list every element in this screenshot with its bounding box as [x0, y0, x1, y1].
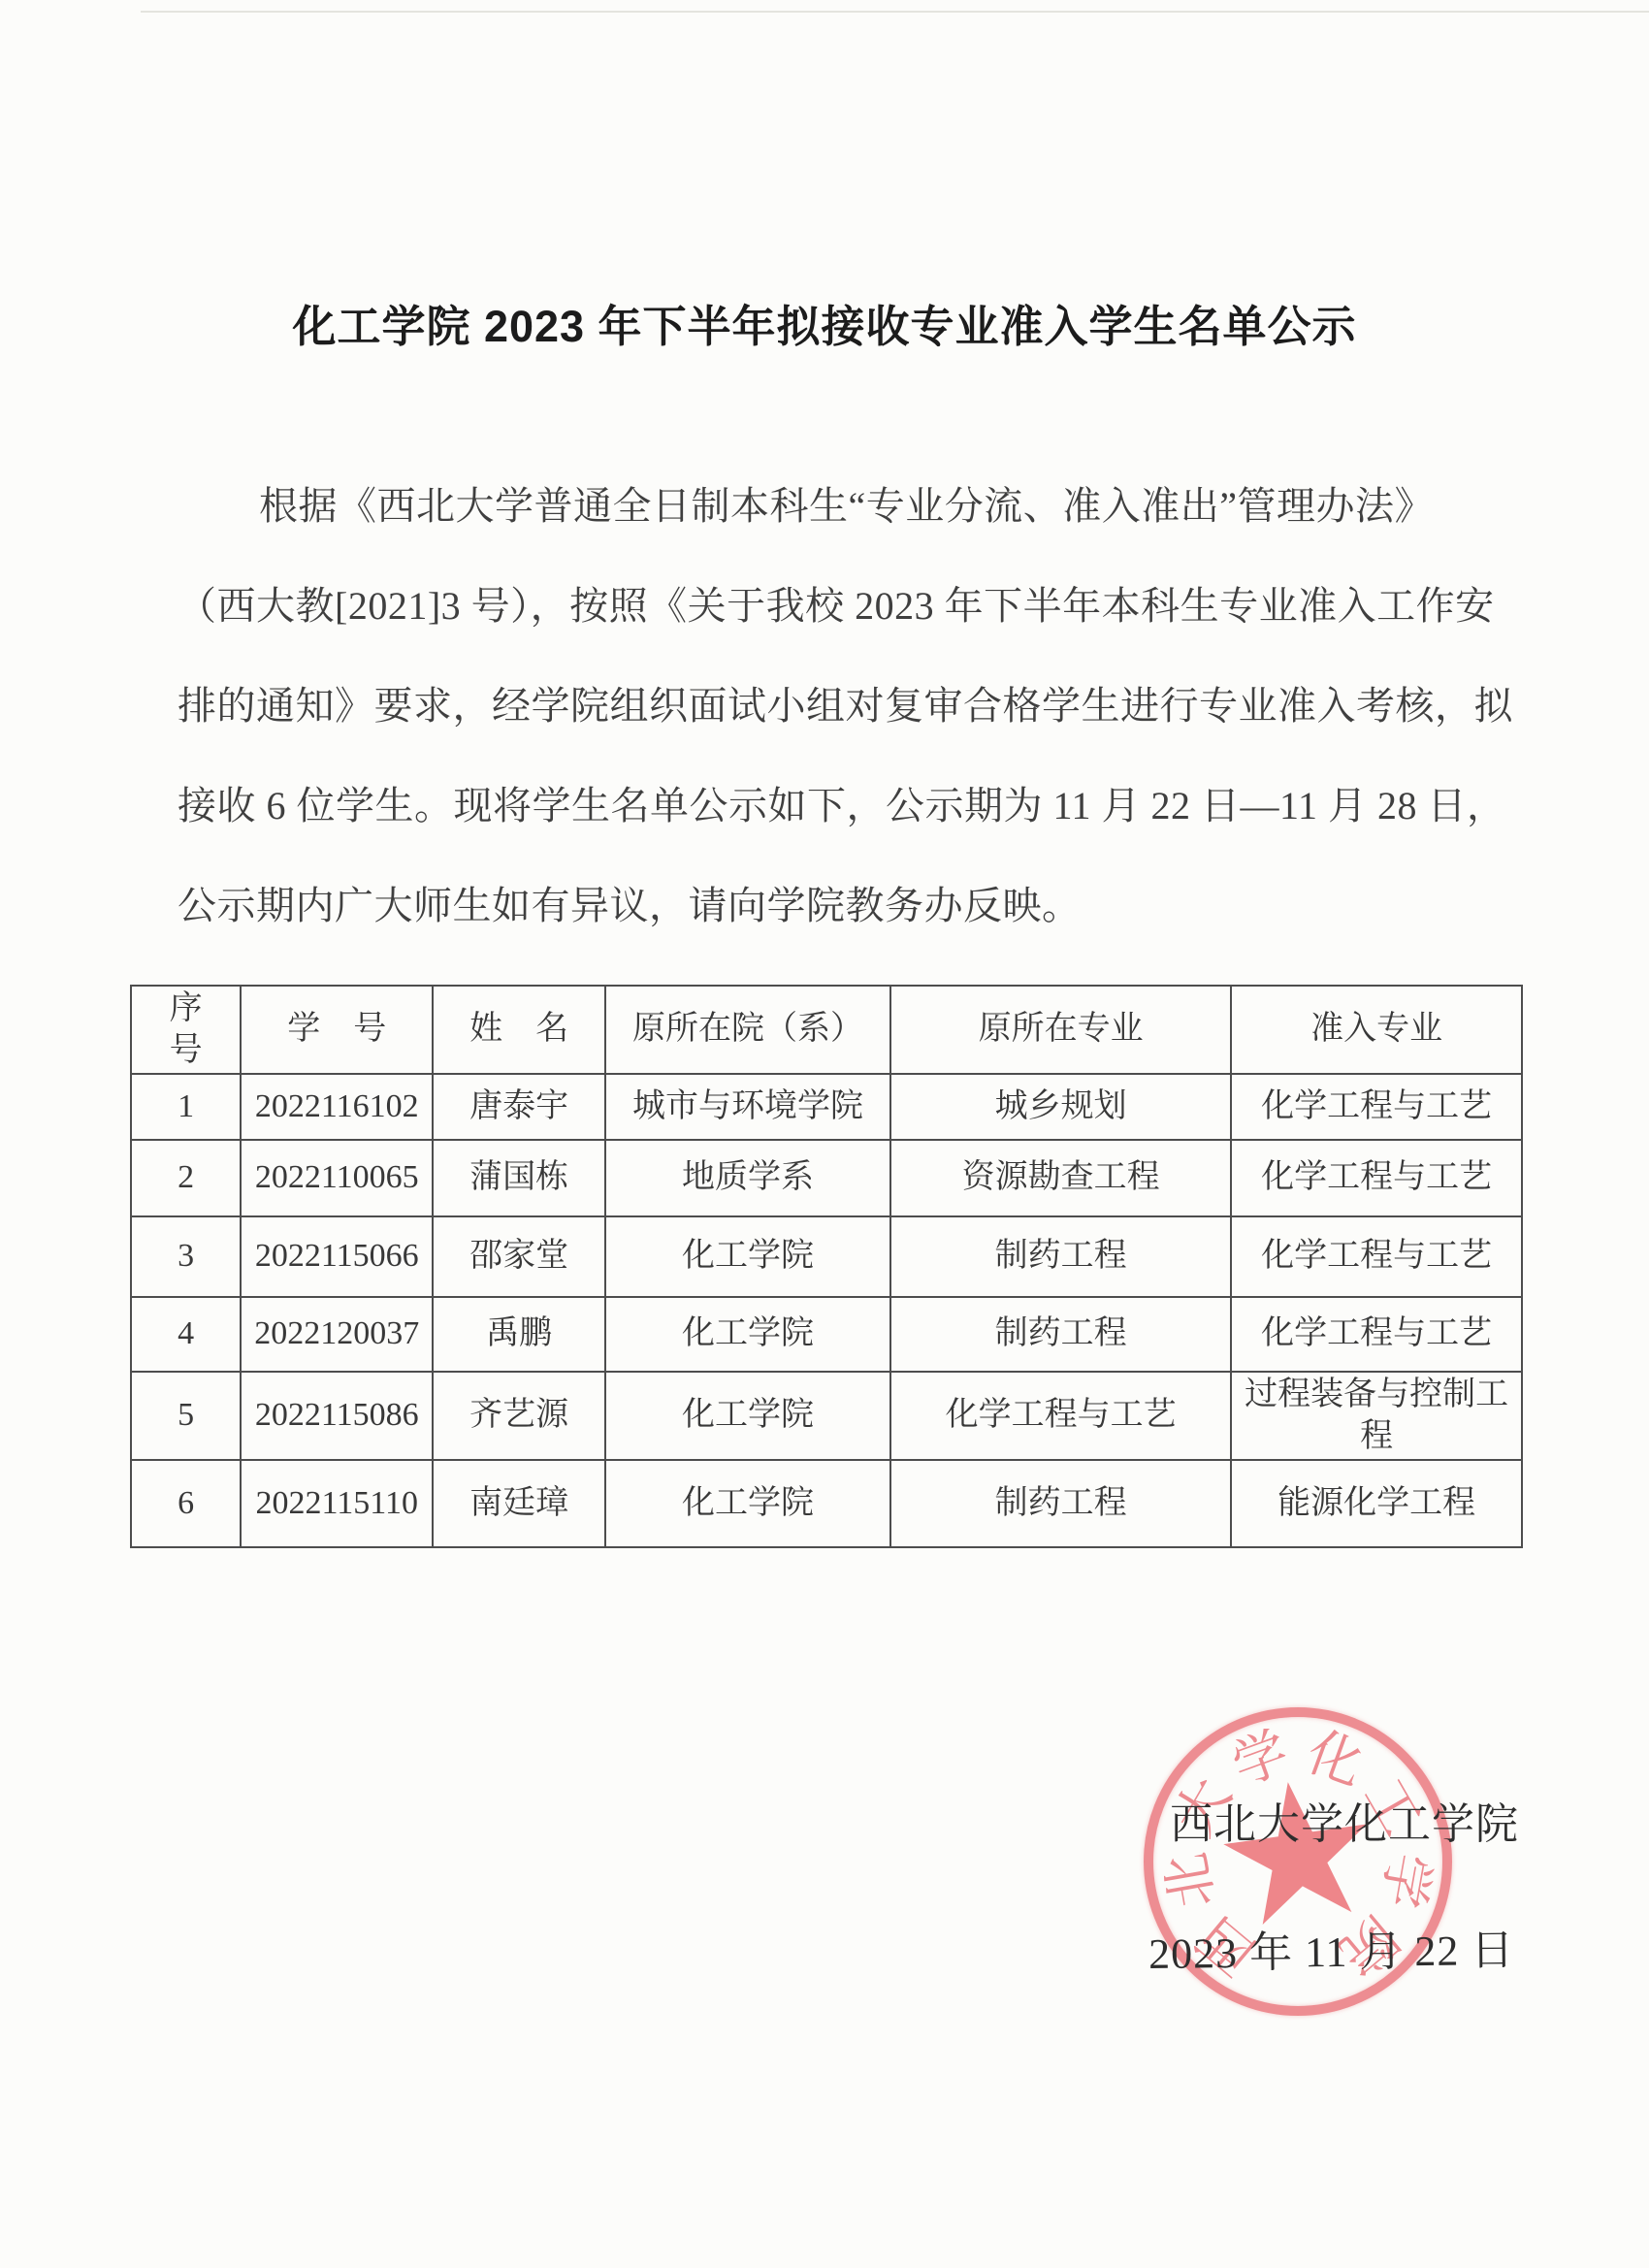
column-header-origin-major: 原所在专业 [890, 986, 1231, 1074]
table-cell: 2022115086 [241, 1372, 433, 1460]
table-cell: 2022115110 [241, 1460, 433, 1547]
column-header-name: 姓 名 [433, 986, 605, 1074]
table-cell: 禹鹏 [433, 1297, 605, 1372]
table-cell: 唐泰宇 [433, 1074, 605, 1140]
table-cell: 化工学院 [605, 1216, 890, 1297]
table-cell: 2022115066 [241, 1216, 433, 1297]
table-cell: 化工学院 [605, 1297, 890, 1372]
table-cell: 地质学系 [605, 1140, 890, 1216]
paragraph-line: 排的通知》要求，经学院组织面试小组对复审合格学生进行专业准入考核，拟 [178, 656, 1497, 756]
paragraph-line: 公示期内广大师生如有异议，请向学院教务办反映。 [178, 856, 1497, 956]
table-cell: 化学工程与工艺 [1231, 1216, 1522, 1297]
document-page: 化工学院 2023 年下半年拟接收专业准入学生名单公示 根据《西北大学普通全日制… [0, 0, 1649, 2268]
table-cell: 2022116102 [241, 1074, 433, 1140]
table-cell: 制药工程 [890, 1297, 1231, 1372]
table-row: 12022116102唐泰宇城市与环境学院城乡规划化学工程与工艺 [131, 1074, 1522, 1140]
table-cell: 能源化学工程 [1231, 1460, 1522, 1547]
table-cell: 城乡规划 [890, 1074, 1231, 1140]
page-title: 化工学院 2023 年下半年拟接收专业准入学生名单公示 [0, 291, 1649, 354]
table-cell: 2022120037 [241, 1297, 433, 1372]
table-cell: 6 [131, 1460, 241, 1547]
table-cell: 2022110065 [241, 1140, 433, 1216]
table-row: 32022115066邵家堂化工学院制药工程化学工程与工艺 [131, 1216, 1522, 1297]
paragraph-line: （西大教[2021]3 号），按照《关于我校 2023 年下半年本科生专业准入工… [178, 556, 1497, 656]
table-cell: 1 [131, 1074, 241, 1140]
paragraph-line: 根据《西北大学普通全日制本科生“专业分流、准入准出”管理办法》 [178, 456, 1497, 556]
table-cell: 化工学院 [605, 1460, 890, 1547]
table-cell: 化学工程与工艺 [1231, 1297, 1522, 1372]
table-cell: 2 [131, 1140, 241, 1216]
table-row: 22022110065蒲国栋地质学系资源勘查工程化学工程与工艺 [131, 1140, 1522, 1216]
table-cell: 城市与环境学院 [605, 1074, 890, 1140]
table-cell: 化工学院 [605, 1372, 890, 1460]
table-cell: 制药工程 [890, 1460, 1231, 1547]
table-cell: 3 [131, 1216, 241, 1297]
signature-date: 2023 年 11 月 22 日 [1148, 1915, 1515, 1981]
table-cell: 5 [131, 1372, 241, 1460]
column-header-origin-college: 原所在院（系） [605, 986, 890, 1074]
table-header-row: 序 号 学 号 姓 名 原所在院（系） 原所在专业 准入专业 [131, 986, 1522, 1074]
table-cell: 制药工程 [890, 1216, 1231, 1297]
table-cell: 南廷璋 [433, 1460, 605, 1547]
table-row: 42022120037禹鹏化工学院制药工程化学工程与工艺 [131, 1297, 1522, 1372]
students-table: 序 号 学 号 姓 名 原所在院（系） 原所在专业 准入专业 120221161… [130, 985, 1523, 1548]
table-cell: 蒲国栋 [433, 1140, 605, 1216]
table-row: 62022115110南廷璋化工学院制药工程能源化学工程 [131, 1460, 1522, 1547]
table-cell: 化学工程与工艺 [890, 1372, 1231, 1460]
column-header-index: 序 号 [131, 986, 241, 1074]
column-header-student-id: 学 号 [241, 986, 433, 1074]
table-cell: 化学工程与工艺 [1231, 1140, 1522, 1216]
table-cell: 过程装备与控制工程 [1231, 1372, 1522, 1460]
table-cell: 化学工程与工艺 [1231, 1074, 1522, 1140]
paragraph-line: 接收 6 位学生。现将学生名单公示如下，公示期为 11 月 22 日—11 月 … [178, 756, 1497, 856]
table-cell: 齐艺源 [433, 1372, 605, 1460]
notice-body: 根据《西北大学普通全日制本科生“专业分流、准入准出”管理办法》 （西大教[202… [178, 456, 1497, 956]
table-row: 52022115086齐艺源化工学院化学工程与工艺过程装备与控制工程 [131, 1372, 1522, 1460]
table-cell: 资源勘查工程 [890, 1140, 1231, 1216]
signature-org: 西北大学化工学院 [1170, 1789, 1519, 1851]
table-cell: 邵家堂 [433, 1216, 605, 1297]
column-header-admitted-major: 准入专业 [1231, 986, 1522, 1074]
table-cell: 4 [131, 1297, 241, 1372]
scan-artifact-line [141, 11, 1649, 13]
